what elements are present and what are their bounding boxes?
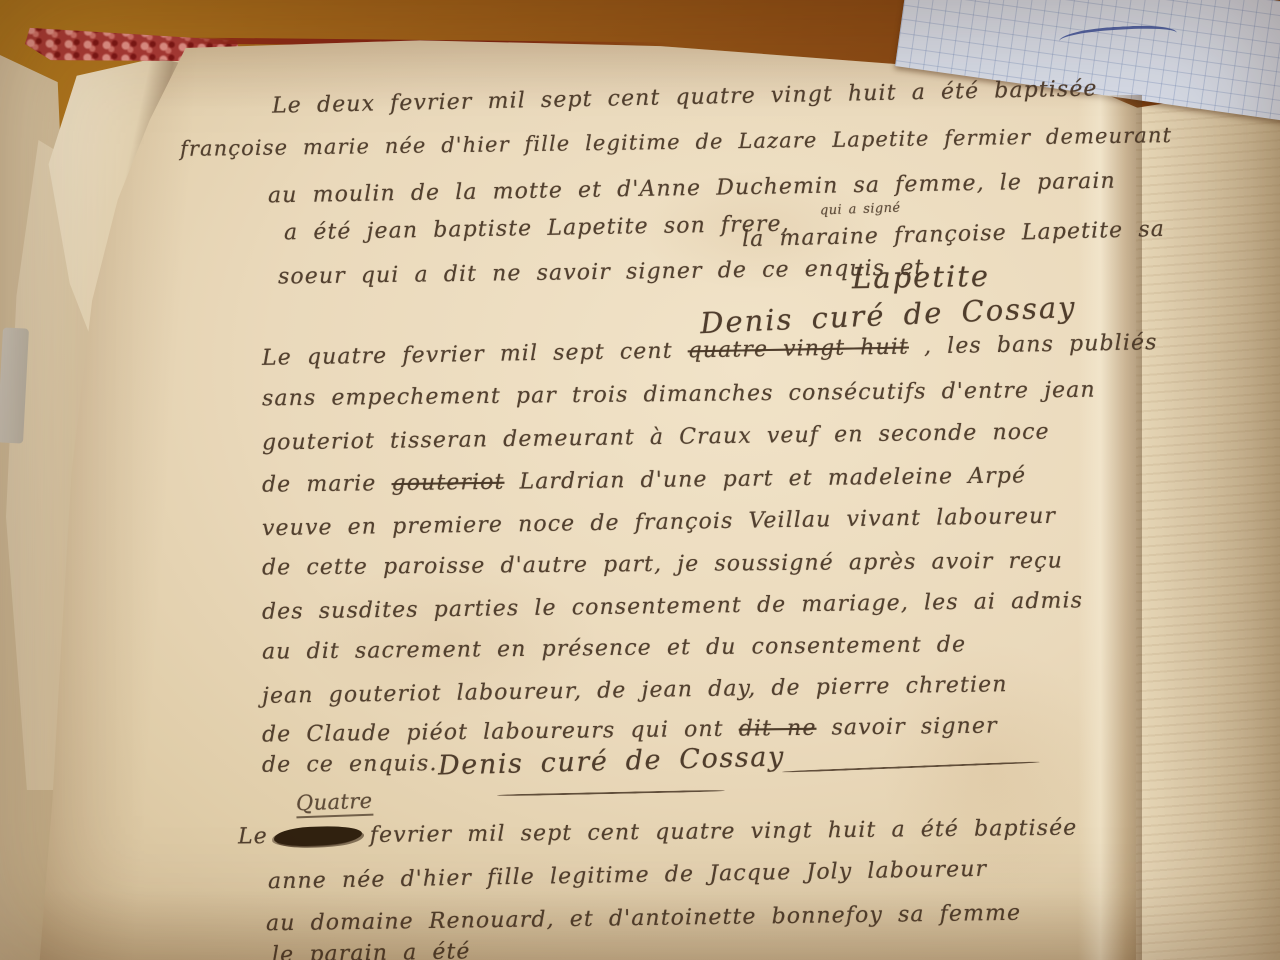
struck-segment: quatre vingt huit bbox=[688, 335, 910, 364]
line-segment: Le bbox=[238, 824, 268, 849]
photo-of-manuscript: Le deux fevrier mil sept cent quatre vin… bbox=[0, 0, 1280, 960]
struck-segment: gouteriot bbox=[391, 470, 504, 496]
manuscript-line: le parain a été bbox=[272, 939, 471, 960]
signature-lapetite: Lapetite bbox=[852, 259, 991, 295]
ink-blot bbox=[273, 825, 362, 848]
interlineation-qui-a-signe: qui a signé bbox=[820, 201, 901, 219]
interlineation-quatre: Quatre bbox=[296, 789, 373, 819]
line-segment: de marie bbox=[262, 471, 392, 498]
line-segment: savoir signer bbox=[816, 714, 997, 741]
manuscript-line: de ce enquis. bbox=[262, 751, 438, 778]
line-segment: , les bans publiés bbox=[909, 330, 1158, 359]
blue-pen-stroke bbox=[1059, 24, 1178, 53]
struck-segment: dit ne bbox=[739, 716, 817, 742]
